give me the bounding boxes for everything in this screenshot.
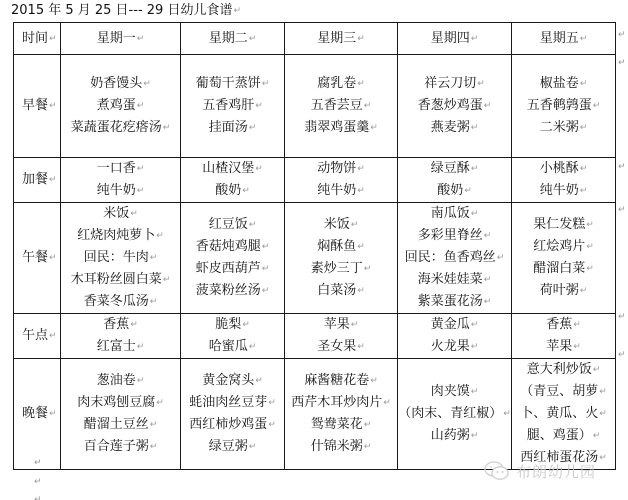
paragraph-mark-icon: ↵: [150, 297, 158, 307]
paragraph-mark-icon: ↵: [49, 409, 57, 419]
dish-item: 翡翠鸡蛋羹↵: [285, 117, 397, 139]
dish-name: 香菜冬瓜汤: [84, 294, 149, 309]
paragraph-mark-icon: ↵: [471, 387, 479, 397]
dish-name: 哈蜜瓜: [209, 339, 248, 354]
dish-item: 西芹木耳炒肉片↵: [285, 392, 397, 414]
paragraph-mark-icon: ↵: [586, 264, 594, 274]
menu-cell-day-2: 山楂汉堡↵酸奶↵: [181, 158, 285, 203]
dish-item: 醋溜土豆丝↵: [61, 414, 180, 436]
dish-item: 蚝油肉丝豆芽↵: [181, 392, 284, 414]
paragraph-mark-icon: ↵: [357, 79, 365, 89]
paragraph-mark-icon: ↵: [357, 34, 365, 44]
paragraph-mark-icon: ↵: [580, 164, 588, 174]
paragraph-mark-icon: ↵: [150, 420, 158, 430]
dish-name: 黄金窝头: [202, 373, 254, 388]
dish-item: 黄金瓜↵: [398, 314, 511, 336]
paragraph-mark-icon: ↵: [580, 34, 588, 44]
meal-label-text: 午点: [22, 328, 48, 343]
paragraph-mark-icon: ↵: [580, 186, 588, 196]
dish-name: 葡萄干蒸饼: [196, 76, 261, 91]
header-cell-time: 时间↵: [14, 23, 61, 55]
paragraph-mark-icon: ↵: [49, 101, 57, 111]
header-label: 星期二: [209, 31, 248, 46]
dish-name: 一口香: [97, 161, 136, 176]
paragraph-mark-icon: ↵: [599, 453, 607, 463]
paragraph-mark-icon: ↵: [49, 253, 57, 263]
dish-item: 香蕉↵: [61, 314, 180, 336]
dish-name: 奶香馒头: [90, 76, 142, 91]
meal-label-text: 晚餐: [22, 406, 48, 421]
dish-item: 荷叶粥↵: [512, 280, 615, 302]
paragraph-mark-icon: ↵: [130, 209, 138, 219]
paragraph-mark-icon: ↵: [477, 79, 485, 89]
dish-name: 小桃酥: [540, 161, 579, 176]
dish-name: 肉夹馍: [431, 384, 470, 399]
dish-item: 腐乳卷↵: [285, 73, 397, 95]
document-title-text: 2015 年 5 月 25 日--- 29 日幼儿食谱: [11, 3, 232, 18]
paragraph-mark-icon: ↵: [357, 286, 365, 296]
dish-item: 西红柿炒鸡蛋↵: [181, 414, 284, 436]
dish-item: 绿豆粥↵: [181, 436, 284, 458]
dish-item: 香菇炖鸡腿↵: [181, 236, 284, 258]
dish-name: 绿豆酥: [431, 161, 470, 176]
paragraph-mark-icon: ↵: [580, 79, 588, 89]
dish-name: 红烩鸡片: [533, 239, 585, 254]
paragraph-mark-icon: ↵: [618, 162, 626, 172]
meal-label: 加餐↵: [14, 158, 61, 203]
meal-label: 午点↵: [14, 314, 61, 359]
dish-item: 红烧肉炖萝卜↵: [61, 225, 180, 247]
dish-name: 香蕉: [546, 317, 572, 332]
dish-name: 西红柿炒鸡蛋: [189, 417, 267, 432]
paragraph-mark-icon: ↵: [268, 398, 276, 408]
paragraph-mark-icon: ↵: [268, 420, 276, 430]
meal-row-breakfast: 早餐↵奶香馒头↵煮鸡蛋↵菜蔬蛋花疙瘩汤↵葡萄干蒸饼↵五香鸡肝↵挂面汤↵腐乳卷↵五…: [14, 55, 616, 158]
dish-name: 南瓜饭: [431, 206, 470, 221]
paragraph-mark-icon: ↵: [364, 420, 372, 430]
paragraph-mark-icon: ↵: [262, 264, 270, 274]
meal-row-morning-snack: 加餐↵一口香↵纯牛奶↵山楂汉堡↵酸奶↵动物饼↵纯牛奶↵绿豆酥↵酸奶↵小桃酥↵纯牛…: [14, 158, 616, 203]
paragraph-mark-icon: ↵: [49, 175, 57, 185]
menu-cell-day-4: 南瓜饭↵多彩里脊丝↵回民：鱼香鸡丝↵海米娃娃菜↵紫菜蛋花汤↵: [398, 203, 512, 314]
paragraph-mark-icon: ↵: [255, 101, 263, 111]
dish-item: 肉夹馍↵: [398, 381, 511, 403]
dish-item: 圣女果↵: [285, 336, 397, 358]
dish-item: 酸奶↵: [398, 180, 511, 202]
header-cell-day-4: 星期四↵: [398, 23, 512, 55]
menu-cell-day-2: 脆梨↵哈蜜瓜↵: [181, 314, 285, 359]
dish-item: 五香鹌鹑蛋↵: [512, 95, 615, 117]
dish-item: 奶香馒头↵: [61, 73, 180, 95]
dish-item: （青豆、胡萝↵: [512, 381, 615, 403]
header-label: 星期三: [317, 31, 356, 46]
menu-cell-day-4: 绿豆酥↵酸奶↵: [398, 158, 512, 203]
dish-name: 回民：鱼香鸡丝: [405, 250, 496, 265]
dish-name: 纯牛奶: [540, 183, 579, 198]
paragraph-mark-icon: ↵: [351, 220, 359, 230]
dish-item: 鸳鸯菜花↵: [285, 414, 397, 436]
dish-item: 菠菜粉丝汤↵: [181, 280, 284, 302]
paragraph-mark-icon: ↵: [249, 34, 257, 44]
dish-item: 脆梨↵: [181, 314, 284, 336]
menu-cell-day-5: 意大利炒饭↵（青豆、胡萝↵卜、黄瓜、火↵腿、鸡蛋）↵西红柿蛋花汤↵: [512, 359, 616, 470]
meal-row-afternoon-snack: 午点↵香蕉↵红富士↵脆梨↵哈蜜瓜↵苹果↵圣女果↵黄金瓜↵火龙果↵香蕉↵苹果↵: [14, 314, 616, 359]
menu-cell-day-5: 香蕉↵苹果↵: [512, 314, 616, 359]
menu-cell-day-5: 果仁发糕↵红烩鸡片↵醋溜白菜↵荷叶粥↵: [512, 203, 616, 314]
menu-cell-day-1: 葱油卷↵肉末鸡刨豆腐↵醋溜土豆丝↵百合莲子粥↵: [61, 359, 181, 470]
paragraph-mark-icon: ↵: [249, 220, 257, 230]
dish-item: 卜、黄瓜、火↵: [512, 403, 615, 425]
dish-item: 一口香↵: [61, 158, 180, 180]
paragraph-mark-icon: ↵: [49, 34, 57, 44]
paragraph-mark-icon: ↵: [471, 164, 479, 174]
paragraph-mark-icon: ↵: [364, 264, 372, 274]
dish-name: 焖酥鱼: [317, 239, 356, 254]
dish-item: 纯牛奶↵: [61, 180, 180, 202]
paragraph-mark-icon: ↵: [137, 101, 145, 111]
paragraph-mark-icon: ↵: [137, 376, 145, 386]
dish-name: 苹果: [546, 339, 572, 354]
paragraph-mark-icon: ↵: [618, 58, 626, 68]
dish-name: 燕麦粥: [431, 120, 470, 135]
dish-name: 五香鸡肝: [202, 98, 254, 113]
paragraph-mark-icon: ↵: [242, 320, 250, 330]
paragraph-mark-icon: ↵: [580, 123, 588, 133]
paragraph-mark-icon: ↵: [163, 275, 171, 285]
paragraph-mark-icon: ↵: [471, 320, 479, 330]
paragraph-mark-icon: ↵: [255, 164, 263, 174]
weekly-menu-table: 时间↵星期一↵星期二↵星期三↵星期四↵星期五↵ 早餐↵奶香馒头↵煮鸡蛋↵菜蔬蛋花…: [13, 22, 616, 470]
dish-name: 紫菜蛋花汤: [418, 294, 483, 309]
paragraph-mark-icon: ↵: [233, 6, 241, 16]
paragraph-mark-icon: ↵: [351, 320, 359, 330]
paragraph-mark-icon: ↵: [484, 297, 492, 307]
paragraph-mark-icon: ↵: [150, 253, 158, 263]
dish-name: 五香鹌鹑蛋: [527, 98, 592, 113]
paragraph-mark-icon: ↵: [143, 79, 151, 89]
dish-name: 香菇炖鸡腿: [196, 239, 261, 254]
meal-label-text: 早餐: [22, 98, 48, 113]
dish-name: 山药粥: [431, 428, 470, 443]
dish-name: 五香芸豆: [311, 98, 363, 113]
dish-item: 回民：鱼香鸡丝↵: [398, 247, 511, 269]
header-cell-day-2: 星期二↵: [181, 23, 285, 55]
dish-name: 红烧肉炖萝卜: [77, 228, 155, 243]
dish-item: 小桃酥↵: [512, 158, 615, 180]
dish-name: 果仁发糕: [533, 217, 585, 232]
watermark: 布朗幼儿园: [484, 460, 596, 482]
menu-cell-day-1: 一口香↵纯牛奶↵: [61, 158, 181, 203]
dish-name: 多彩里脊丝: [418, 228, 483, 243]
dish-item: 红豆饭↵: [181, 214, 284, 236]
dish-item: 苹果↵: [512, 336, 615, 358]
menu-cell-day-2: 红豆饭↵香菇炖鸡腿↵虾皮西葫芦↵菠菜粉丝汤↵: [181, 203, 285, 314]
menu-cell-day-1: 米饭↵红烧肉炖萝卜↵回民：牛肉↵木耳粉丝圆白菜↵香菜冬瓜汤↵: [61, 203, 181, 314]
paragraph-mark-icon: ↵: [586, 220, 594, 230]
dish-item: 黄金窝头↵: [181, 370, 284, 392]
dish-name: 圣女果: [317, 339, 356, 354]
paragraph-mark-icon: ↵: [464, 186, 472, 196]
paragraph-mark-icon: ↵: [156, 231, 164, 241]
paragraph-mark-icon: ↵: [357, 164, 365, 174]
dish-name: 回民：牛肉: [84, 250, 149, 265]
paragraph-mark-icon: ↵: [49, 331, 57, 341]
dish-item: 米饭↵: [61, 203, 180, 225]
dish-item: 葱油卷↵: [61, 370, 180, 392]
dish-item: 焖酥鱼↵: [285, 236, 397, 258]
menu-cell-day-4: 肉夹馍↵（肉末、青红椒）↵山药粥↵: [398, 359, 512, 470]
dish-name: 什锦米粥: [311, 439, 363, 454]
dish-item: 挂面汤↵: [181, 117, 284, 139]
paragraph-mark-icon: ↵: [163, 123, 171, 133]
paragraph-mark-icon: ↵: [618, 350, 626, 360]
dish-item: 火龙果↵: [398, 336, 511, 358]
dish-name: 醋溜土豆丝: [84, 417, 149, 432]
dish-item: 五香鸡肝↵: [181, 95, 284, 117]
dish-name: 米饭: [103, 206, 129, 221]
menu-cell-day-1: 奶香馒头↵煮鸡蛋↵菜蔬蛋花疙瘩汤↵: [61, 55, 181, 158]
paragraph-mark-icon: ↵: [599, 387, 607, 397]
dish-name: 椒盐卷: [540, 76, 579, 91]
dish-name: 肉末鸡刨豆腐: [77, 395, 155, 410]
dish-name: 香葱炒鸡蛋: [418, 98, 483, 113]
dish-name: 醋溜白菜: [533, 261, 585, 276]
meal-label-text: 加餐: [22, 172, 48, 187]
dish-item: 木耳粉丝圆白菜↵: [61, 269, 180, 291]
dish-name: 祥云刀切: [424, 76, 476, 91]
dish-name: 挂面汤: [209, 120, 248, 135]
dish-item: 香菜冬瓜汤↵: [61, 291, 180, 313]
dish-name: 苹果: [324, 317, 350, 332]
paragraph-mark-icon: ↵: [255, 376, 263, 386]
paragraph-mark-icon: ↵: [137, 186, 145, 196]
dish-item: 葡萄干蒸饼↵: [181, 73, 284, 95]
paragraph-mark-icon: ↵: [130, 320, 138, 330]
paragraph-mark-icon: ↵: [364, 101, 372, 111]
menu-cell-day-2: 葡萄干蒸饼↵五香鸡肝↵挂面汤↵: [181, 55, 285, 158]
dish-item: 南瓜饭↵: [398, 203, 511, 225]
meal-label: 早餐↵: [14, 55, 61, 158]
dish-item: 醋溜白菜↵: [512, 258, 615, 280]
meal-label: 晚餐↵: [14, 359, 61, 470]
paragraph-mark-icon: ↵: [580, 286, 588, 296]
dish-name: 二米粥: [540, 120, 579, 135]
menu-cell-day-4: 祥云刀切↵香葱炒鸡蛋↵燕麦粥↵: [398, 55, 512, 158]
menu-cell-day-4: 黄金瓜↵火龙果↵: [398, 314, 512, 359]
paragraph-mark-icon: ↵: [249, 123, 257, 133]
watermark-text: 布朗幼儿园: [516, 461, 596, 482]
dish-name: 香蕉: [103, 317, 129, 332]
dish-name: 纯牛奶: [317, 183, 356, 198]
paragraph-mark-icon: ↵: [262, 242, 270, 252]
header-cell-day-5: 星期五↵: [512, 23, 616, 55]
header-label: 时间: [22, 31, 48, 46]
dish-item: 祥云刀切↵: [398, 73, 511, 95]
paragraph-mark-icon: ↵: [586, 242, 594, 252]
paragraph-mark-icon: ↵: [34, 458, 42, 468]
dish-item: 麻酱糖花卷↵: [285, 370, 397, 392]
paragraph-mark-icon: ↵: [262, 79, 270, 89]
dish-item: 酸奶↵: [181, 180, 284, 202]
dish-name: 腿、鸡蛋）: [527, 428, 592, 443]
dish-item: 腿、鸡蛋）↵: [512, 425, 615, 447]
dish-name: 酸奶: [215, 183, 241, 198]
paragraph-mark-icon: ↵: [471, 342, 479, 352]
paragraph-mark-icon: ↵: [599, 409, 607, 419]
paragraph-mark-icon: ↵: [497, 253, 505, 263]
header-label: 星期一: [97, 31, 136, 46]
dish-item: 什锦米粥↵: [285, 436, 397, 458]
dish-item: （肉末、青红椒）↵: [398, 403, 511, 425]
dish-name: 葱油卷: [97, 373, 136, 388]
dish-name: （肉末、青红椒）: [398, 406, 502, 421]
header-cell-day-1: 星期一↵: [61, 23, 181, 55]
dish-name: 鸳鸯菜花: [311, 417, 363, 432]
dish-name: 木耳粉丝圆白菜: [71, 272, 162, 287]
paragraph-mark-icon: ↵: [471, 431, 479, 441]
paragraph-mark-icon: ↵: [471, 34, 479, 44]
dish-name: 绿豆粥: [209, 439, 248, 454]
dish-name: 黄金瓜: [431, 317, 470, 332]
dish-item: 红富士↵: [61, 336, 180, 358]
dish-name: 白菜汤: [317, 283, 356, 298]
paragraph-mark-icon: ↵: [34, 477, 42, 487]
dish-item: 五香芸豆↵: [285, 95, 397, 117]
header-row: 时间↵星期一↵星期二↵星期三↵星期四↵星期五↵: [14, 23, 616, 55]
header-label: 星期五: [540, 31, 579, 46]
dish-item: 煮鸡蛋↵: [61, 95, 180, 117]
meal-row-lunch: 午餐↵米饭↵红烧肉炖萝卜↵回民：牛肉↵木耳粉丝圆白菜↵香菜冬瓜汤↵红豆饭↵香菇炖…: [14, 203, 616, 314]
meal-row-dinner: 晚餐↵葱油卷↵肉末鸡刨豆腐↵醋溜土豆丝↵百合莲子粥↵黄金窝头↵蚝油肉丝豆芽↵西红…: [14, 359, 616, 470]
paragraph-mark-icon: ↵: [618, 30, 626, 40]
paragraph-mark-icon: ↵: [137, 164, 145, 174]
dish-item: 菜蔬蛋花疙瘩汤↵: [61, 117, 180, 139]
dish-name: 翡翠鸡蛋羹: [304, 120, 369, 135]
dish-item: 海米娃娃菜↵: [398, 269, 511, 291]
dish-name: 红豆饭: [209, 217, 248, 232]
paragraph-mark-icon: ↵: [249, 342, 257, 352]
paragraph-mark-icon: ↵: [618, 312, 626, 322]
dish-name: 虾皮西葫芦: [196, 261, 261, 276]
paragraph-mark-icon: ↵: [249, 442, 257, 452]
dish-item: 绿豆酥↵: [398, 158, 511, 180]
wechat-icon: [484, 460, 510, 482]
dish-item: 椒盐卷↵: [512, 73, 615, 95]
dish-name: 米饭: [324, 217, 350, 232]
paragraph-mark-icon: ↵: [34, 495, 42, 500]
paragraph-mark-icon: ↵: [618, 205, 626, 215]
dish-item: 虾皮西葫芦↵: [181, 258, 284, 280]
dish-name: 海米娃娃菜: [418, 272, 483, 287]
paragraph-mark-icon: ↵: [357, 342, 365, 352]
header-label: 星期四: [431, 31, 470, 46]
paragraph-mark-icon: ↵: [242, 186, 250, 196]
paragraph-mark-icon: ↵: [364, 442, 372, 452]
dish-name: 卜、黄瓜、火: [520, 406, 598, 421]
paragraph-mark-icon: ↵: [484, 231, 492, 241]
dish-item: 动物饼↵: [285, 158, 397, 180]
dish-item: 哈蜜瓜↵: [181, 336, 284, 358]
dish-item: 香葱炒鸡蛋↵: [398, 95, 511, 117]
header-cell-day-3: 星期三↵: [285, 23, 398, 55]
menu-cell-day-3: 腐乳卷↵五香芸豆↵翡翠鸡蛋羹↵: [285, 55, 398, 158]
dish-item: 百合莲子粥↵: [61, 436, 180, 458]
menu-cell-day-2: 黄金窝头↵蚝油肉丝豆芽↵西红柿炒鸡蛋↵绿豆粥↵: [181, 359, 285, 470]
paragraph-mark-icon: ↵: [484, 275, 492, 285]
dish-item: 纯牛奶↵: [512, 180, 615, 202]
paragraph-mark-icon: ↵: [484, 101, 492, 111]
paragraph-mark-icon: ↵: [593, 431, 601, 441]
dish-item: 纯牛奶↵: [285, 180, 397, 202]
paragraph-mark-icon: ↵: [370, 123, 378, 133]
dish-item: 米饭↵: [285, 214, 397, 236]
dish-name: 荷叶粥: [540, 283, 579, 298]
paragraph-mark-icon: ↵: [503, 409, 511, 419]
dish-name: 火龙果: [431, 339, 470, 354]
dish-item: 回民：牛肉↵: [61, 247, 180, 269]
dish-name: 意大利炒饭: [527, 362, 592, 377]
paragraph-mark-icon: ↵: [137, 342, 145, 352]
dish-item: 红烩鸡片↵: [512, 236, 615, 258]
menu-cell-day-1: 香蕉↵红富士↵: [61, 314, 181, 359]
dish-item: 二米粥↵: [512, 117, 615, 139]
dish-item: 苹果↵: [285, 314, 397, 336]
dish-name: 红富士: [97, 339, 136, 354]
meal-label-text: 午餐: [22, 250, 48, 265]
paragraph-mark-icon: ↵: [593, 365, 601, 375]
dish-name: 纯牛奶: [97, 183, 136, 198]
dish-item: 果仁发糕↵: [512, 214, 615, 236]
dish-name: 蚝油肉丝豆芽: [189, 395, 267, 410]
menu-cell-day-3: 麻酱糖花卷↵西芹木耳炒肉片↵鸳鸯菜花↵什锦米粥↵: [285, 359, 398, 470]
dish-name: 动物饼: [317, 161, 356, 176]
dish-item: 山楂汉堡↵: [181, 158, 284, 180]
paragraph-mark-icon: ↵: [150, 442, 158, 452]
dish-item: 紫菜蛋花汤↵: [398, 291, 511, 313]
paragraph-mark-icon: ↵: [156, 398, 164, 408]
dish-item: 素炒三丁↵: [285, 258, 397, 280]
menu-cell-day-5: 椒盐卷↵五香鹌鹑蛋↵二米粥↵: [512, 55, 616, 158]
menu-cell-day-3: 苹果↵圣女果↵: [285, 314, 398, 359]
dish-name: 菜蔬蛋花疙瘩汤: [71, 120, 162, 135]
dish-name: 脆梨: [215, 317, 241, 332]
menu-cell-day-5: 小桃酥↵纯牛奶↵: [512, 158, 616, 203]
paragraph-mark-icon: ↵: [370, 376, 378, 386]
paragraph-mark-icon: ↵: [593, 101, 601, 111]
dish-name: 腐乳卷: [317, 76, 356, 91]
dish-name: 酸奶: [437, 183, 463, 198]
dish-name: 西芹木耳炒肉片: [291, 395, 382, 410]
dish-name: 素炒三丁: [311, 261, 363, 276]
paragraph-mark-icon: ↵: [357, 242, 365, 252]
dish-name: （青豆、胡萝: [520, 384, 598, 399]
dish-name: 百合莲子粥: [84, 439, 149, 454]
document-title: 2015 年 5 月 25 日--- 29 日幼儿食谱↵: [11, 3, 241, 19]
dish-item: 燕麦粥↵: [398, 117, 511, 139]
paragraph-mark-icon: ↵: [471, 123, 479, 133]
paragraph-mark-icon: ↵: [357, 186, 365, 196]
paragraph-mark-icon: ↵: [262, 286, 270, 296]
dish-item: 山药粥↵: [398, 425, 511, 447]
meal-label: 午餐↵: [14, 203, 61, 314]
dish-item: 肉末鸡刨豆腐↵: [61, 392, 180, 414]
dish-name: 山楂汉堡: [202, 161, 254, 176]
dish-item: 白菜汤↵: [285, 280, 397, 302]
paragraph-mark-icon: ↵: [573, 320, 581, 330]
menu-cell-day-3: 动物饼↵纯牛奶↵: [285, 158, 398, 203]
menu-cell-day-3: 米饭↵焖酥鱼↵素炒三丁↵白菜汤↵: [285, 203, 398, 314]
paragraph-mark-icon: ↵: [471, 209, 479, 219]
